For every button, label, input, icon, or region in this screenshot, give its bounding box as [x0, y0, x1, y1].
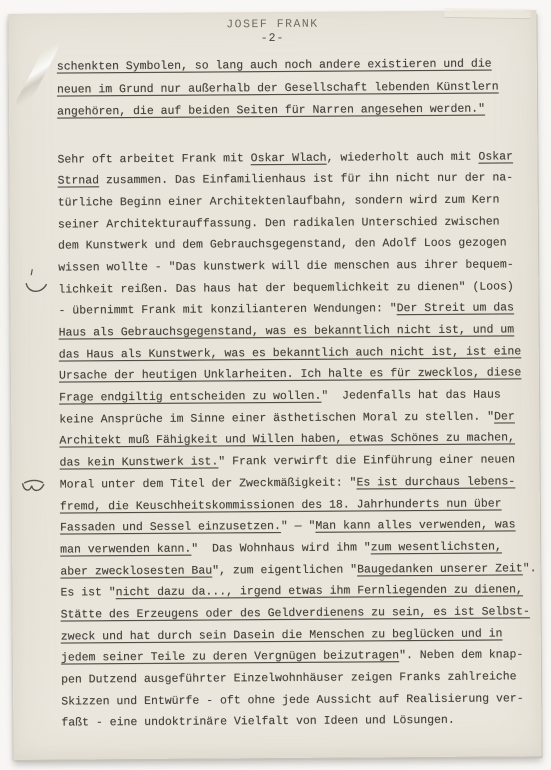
paper-crease [14, 39, 60, 111]
underlined-text-segment: Strnad [58, 174, 100, 187]
text-line: Fassaden und Sessel einzusetzen." — "Man… [60, 514, 538, 539]
text-line: man verwenden kann." Das Wohnhaus wird i… [60, 536, 538, 561]
underlined-text-segment: man verwenden kann. [60, 542, 191, 556]
text-segment: ". [523, 562, 537, 575]
text-segment: faßt - eine undoktrinäre Vielfalt von Id… [61, 714, 454, 730]
text-segment: Es ist " [60, 586, 115, 599]
underlined-text-segment: Oskar Wlach [251, 151, 327, 165]
pencil-swirl-mark [20, 478, 48, 503]
underlined-text-segment: Oskar [478, 150, 513, 163]
text-block: schenkten Symbolen, so lang auch noch an… [57, 53, 540, 734]
text-segment: dem Kunstwerk und dem Gebrauchsgegenstan… [58, 237, 507, 253]
underlined-text-segment: zweck und hat durch sein Dasein die Mens… [61, 627, 503, 643]
text-line: pen Dutzend ausgeführter Einzelwohnhäuse… [61, 666, 539, 691]
underlined-text-segment: Fassaden und Sessel einzusetzen. [60, 520, 281, 535]
text-segment: seiner Architekturauffassung. Den radika… [58, 215, 500, 231]
underlined-text-segment: Frage endgiltig entscheiden zu wollen. [59, 390, 321, 405]
text-line: Strnad zusammen. Das Einfamilienhaus ist… [57, 167, 535, 192]
underlined-text-segment: schenkten Symbolen, so lang auch noch an… [57, 57, 492, 73]
underlined-text-segment: das Haus als Kunstwerk, was es bekanntli… [59, 345, 521, 361]
underlined-text-segment: das kein Kunstwerk ist. [59, 456, 218, 470]
text-line: Haus als Gebrauchsgegenstand, was es bek… [59, 319, 537, 344]
text-segment: Moral unter dem Titel der Zweckmäßigkeit… [60, 476, 357, 491]
underlined-text-segment: nicht dazu da..., irgend etwas ihm Fernl… [116, 584, 523, 600]
text-line: faßt - eine undoktrinäre Vielfalt von Id… [61, 710, 539, 735]
underlined-text-segment: Baugedanken unserer Zeit [357, 562, 523, 576]
header-title: JOSEF FRANK [226, 18, 319, 30]
text-line: Frage endgiltig entscheiden zu wollen." … [59, 384, 537, 409]
text-line: Skizzen und Entwürfe - oft ohne jede Aus… [61, 688, 539, 713]
underlined-text-segment: aber zwecklosesten Bau [60, 564, 212, 578]
text-segment: türliche Beginn einer Architektenlaufbah… [58, 193, 500, 209]
text-line: Moral unter dem Titel der Zweckmäßigkeit… [60, 471, 538, 496]
text-segment: - übernimmt Frank mit konzilianteren Wen… [58, 302, 396, 317]
page-number: -2- [9, 30, 537, 47]
text-segment: keine Ansprüche im Sinne einer ästhetisc… [59, 410, 494, 426]
text-segment: pen Dutzend ausgeführter Einzelwohnhäuse… [61, 670, 517, 686]
underlined-text-segment: Architekt muß Fähigkeit und Willen haben… [59, 432, 515, 448]
underlined-text-segment: Der Streit um das [397, 302, 514, 316]
text-segment: , wiederholt auch mit [327, 150, 479, 164]
header-title-clipped: JOSEF FRANK [8, 17, 536, 30]
paper-sheet: JOSEF FRANK -2- schenkten Symbolen, so l… [8, 10, 541, 760]
text-segment: " Das Wohnhaus wird ihm " [191, 541, 371, 555]
text-segment: " Jedenfalls hat das Haus [321, 388, 501, 402]
underlined-text-segment: neuen im Grund nur außerhalb der Gesells… [57, 80, 499, 96]
text-segment: " — " [281, 520, 316, 533]
text-line: neuen im Grund nur außerhalb der Gesells… [57, 76, 535, 102]
text-segment: Sehr oft arbeitet Frank mit [57, 152, 250, 166]
underlined-text-segment: fremd, die Keuschheitskommissionen des 1… [60, 497, 502, 513]
text-segment: " Frank verwirft die Einführung einer ne… [218, 453, 515, 468]
underlined-text-segment: Es ist durchaus lebens- [356, 475, 515, 489]
underlined-text-segment: jedem seiner Teile zu deren Vergnügen be… [61, 649, 399, 664]
underlined-text-segment: Der [494, 410, 515, 423]
text-segment: lichkeit reißen. Das haus hat der bequem… [58, 280, 514, 296]
paragraph: schenkten Symbolen, so lang auch noch an… [57, 53, 535, 124]
scan-background: JOSEF FRANK -2- schenkten Symbolen, so l… [0, 0, 551, 770]
text-segment: ". Neben dem knap- [399, 649, 523, 663]
underlined-text-segment: Man kann alles verwenden, was [315, 519, 515, 533]
text-line: türliche Beginn einer Architektenlaufbah… [58, 189, 536, 214]
text-segment: wissen wollte - "Das kunstwerk will die … [58, 258, 514, 274]
underlined-text-segment: Haus als Gebrauchsgegenstand, was es bek… [59, 323, 515, 339]
text-line: angehören, die auf beiden Seiten für Nar… [57, 98, 535, 124]
underlined-text-segment: zum wesentlichsten, [371, 540, 502, 554]
underlined-text-segment: Ursache der heutigen Unklarheiten. Ich h… [59, 367, 521, 383]
pencil-hook-mark [23, 280, 49, 303]
underlined-text-segment: Stätte des Erzeugens oder des Geldverdie… [61, 605, 530, 621]
paragraph: Sehr oft arbeitet Frank mit Oskar Wlach,… [57, 146, 539, 735]
text-line: das kein Kunstwerk ist." Frank verwirft … [59, 449, 537, 474]
text-line: Stätte des Erzeugens oder des Geldverdie… [61, 601, 539, 626]
text-line: schenkten Symbolen, so lang auch noch an… [57, 53, 535, 79]
underlined-text-segment: angehören, die auf beiden Seiten für Nar… [57, 103, 485, 119]
text-segment: Skizzen und Entwürfe - oft ohne jede Aus… [61, 692, 523, 708]
text-segment: zusammen. Das Einfamilienhaus ist für ih… [99, 172, 513, 188]
text-segment: ", zum eigentlichen " [212, 563, 357, 577]
text-line: wissen wollte - "Das kunstwerk will die … [58, 254, 536, 279]
